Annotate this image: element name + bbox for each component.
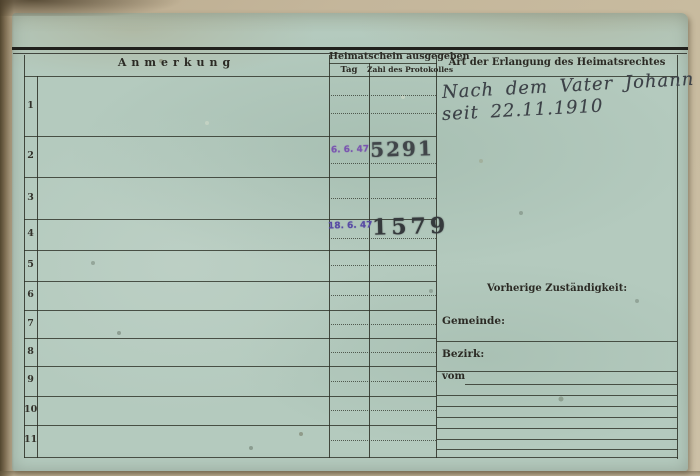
dotted-protocol-line [331,324,436,325]
anmerkung-column-end-line [329,55,330,458]
protocol-number-stamp-row2: 5291 [370,136,435,162]
dotted-protocol-line [331,440,436,441]
row-number-2: 2 [24,150,37,161]
art-column-header: Art der Erlangung des Heimatsrechtes [437,57,677,68]
tag-column-end-line [369,63,370,458]
date-stamp-row2: 6. 6. 47 [330,144,370,155]
dotted-protocol-line [331,163,436,164]
bezirk-ruled-line [437,371,677,372]
dotted-protocol-line [331,265,436,266]
protocol-number-stamp-row4: 1579 [372,213,435,241]
table-row-line [24,338,436,339]
row-number-column-line [37,76,38,458]
top-thick-rule [12,47,688,50]
table-row-line [24,281,436,282]
anmerkung-column-header: Anmerkung [24,56,329,69]
dotted-protocol-line [331,295,436,296]
ruled-line [437,449,677,450]
ruled-line [437,395,677,396]
dotted-protocol-line [331,113,436,114]
heimatschein-column-header: Heimatschein ausgegeben [329,51,436,62]
protokoll-column-header: Zahl des Protokolles [367,65,438,74]
bezirk-label: Bezirk: [442,348,484,360]
row-number-6: 6 [24,289,37,300]
table-row-line [24,366,436,367]
vom-label: vom [442,371,465,382]
protokoll-column-end-line [436,55,437,458]
row-number-7: 7 [24,318,37,329]
row-number-5: 5 [24,259,37,270]
dotted-protocol-line [331,198,436,199]
table-row-line [24,425,436,426]
table-bottom-line [24,457,678,458]
ruled-line [437,428,677,429]
table-right-border [677,55,678,459]
dotted-protocol-line [331,381,436,382]
ruled-line [437,406,677,407]
vorherige-zustaendigkeit-title: Vorherige Zuständigkeit: [437,283,677,294]
scan-bottom-edge-shadow [0,471,700,476]
table-row-line [24,250,436,251]
dotted-protocol-line [331,410,436,411]
scan-left-edge-shadow [0,0,14,476]
date-stamp-row4: 18. 6. 47 [328,220,371,231]
gemeinde-ruled-line [437,341,677,342]
tag-column-header: Tag [329,65,369,75]
row-number-8: 8 [24,346,37,357]
scanned-registry-card: Anmerkung Heimatschein ausgegeben Tag Za… [0,0,700,476]
ruled-line [437,417,677,418]
row-number-3: 3 [24,192,37,203]
scan-top-left-shadow [0,0,220,16]
ruled-line [437,439,677,440]
table-left-border [24,55,25,458]
gemeinde-label: Gemeinde: [442,315,505,327]
row-number-4: 4 [24,228,37,239]
row-number-11: 11 [24,434,37,445]
table-row-line [24,310,436,311]
table-row-line [24,177,436,178]
table-row-line [24,396,436,397]
heimatschein-header-underline [329,63,437,64]
row-number-10: 10 [24,404,37,415]
vom-ruled-line [465,384,677,385]
row-number-9: 9 [24,374,37,385]
dotted-protocol-line [331,95,436,96]
row-number-1: 1 [24,100,37,111]
dotted-protocol-line [331,352,436,353]
